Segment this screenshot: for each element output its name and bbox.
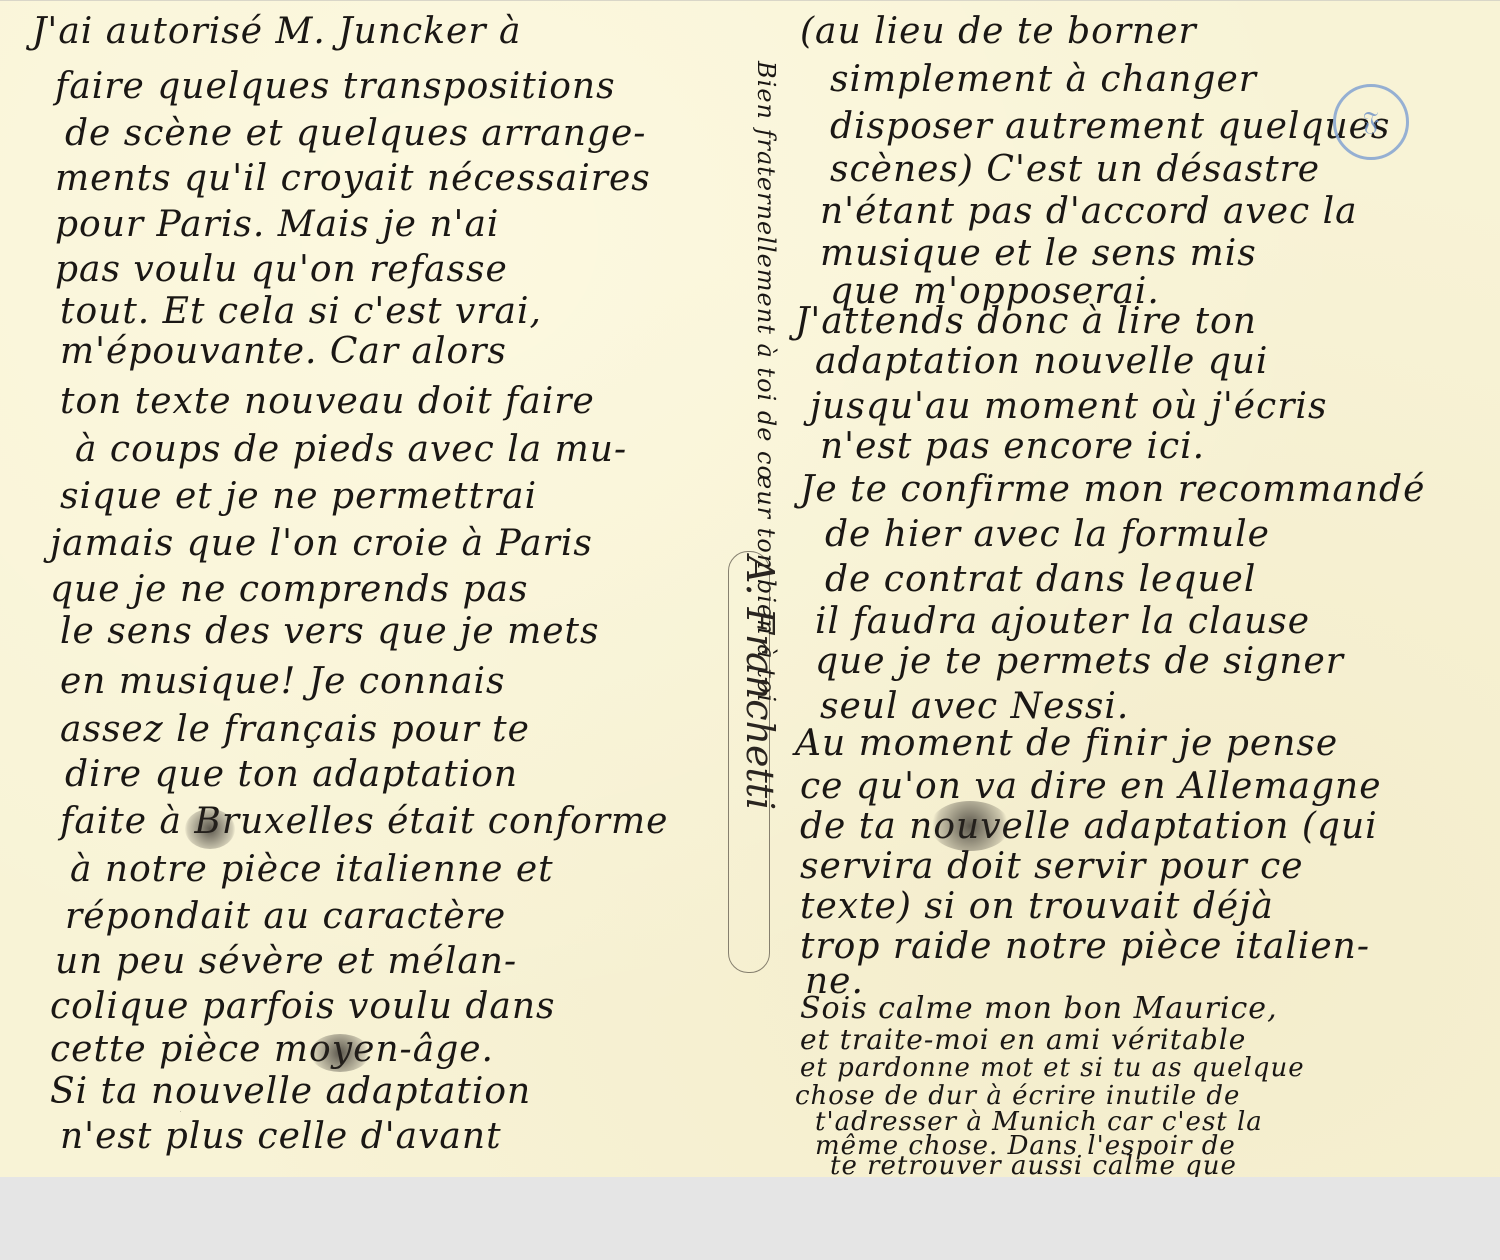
text-line: servira doit servir pour ce: [800, 846, 1304, 887]
text-line: jusqu'au moment où j'écris: [810, 386, 1327, 427]
text-line: répondait au caractère: [65, 896, 506, 937]
text-line: à notre pièce italienne et: [70, 849, 554, 890]
text-line: et pardonne mot et si tu as quelque: [800, 1053, 1305, 1083]
text-line: Je te confirme mon recommandé: [800, 469, 1425, 510]
text-line: simplement à changer: [830, 59, 1257, 100]
text-line: de hier avec la formule: [825, 514, 1270, 555]
text-line: Sois calme mon bon Maurice,: [800, 991, 1278, 1026]
signature: A. Franchetti: [738, 556, 782, 810]
text-line: tout. Et cela si c'est vrai,: [60, 291, 542, 332]
text-line: Si ta nouvelle adaptation: [50, 1071, 531, 1112]
text-line: n'est plus celle d'avant: [60, 1116, 502, 1157]
text-line: ton texte nouveau doit faire: [60, 381, 595, 422]
text-line: disposer autrement quelques: [830, 106, 1390, 147]
text-line: ments qu'il croyait nécessaires: [55, 158, 651, 199]
text-line: le sens des vers que je mets: [60, 611, 599, 652]
text-line: adaptation nouvelle qui: [815, 341, 1268, 382]
text-line: en musique! Je connais: [60, 661, 506, 702]
text-line: trop raide notre pièce italien-: [800, 926, 1370, 967]
text-line: à coups de pieds avec la mu-: [75, 429, 627, 470]
text-line: scènes) C'est un désastre: [830, 149, 1320, 190]
text-line: n'étant pas d'accord avec la: [820, 191, 1358, 232]
text-line: que je ne comprends pas: [50, 569, 528, 610]
text-line: m'épouvante. Car alors: [60, 331, 507, 372]
text-line: assez le français pour te: [60, 709, 530, 750]
text-line: et traite-moi en ami véritable: [800, 1023, 1246, 1056]
ink-smudge: [180, 1111, 181, 1112]
text-line: Au moment de finir je pense: [795, 723, 1338, 764]
text-line: pas voulu qu'on refasse: [55, 249, 508, 290]
text-line: pour Paris. Mais je n'ai: [55, 204, 499, 245]
ink-smudge: [930, 801, 1010, 851]
text-line: ce qu'on va dire en Allemagne: [800, 766, 1382, 807]
text-line: de contrat dans lequel: [825, 559, 1256, 600]
ink-smudge: [185, 809, 235, 849]
text-line: cette pièce moyen-âge.: [50, 1029, 494, 1070]
text-line: de ta nouvelle adaptation (qui: [800, 806, 1378, 847]
text-line: faire quelques transpositions: [55, 66, 616, 107]
text-line: colique parfois voulu dans: [50, 986, 556, 1027]
text-line: jamais que l'on croie à Paris: [50, 523, 593, 564]
text-line: sique et je ne permettrai: [60, 476, 537, 517]
right-page: (au lieu de te borner simplement à chang…: [790, 1, 1500, 1178]
scan-footer-margin: [0, 1177, 1500, 1260]
library-stamp-icon: 𝔉: [1333, 84, 1409, 160]
text-line: faite à Bruxelles était conforme: [60, 801, 668, 842]
text-line: il faudra ajouter la clause: [815, 601, 1310, 642]
text-line: texte) si on trouvait déjà: [800, 886, 1274, 927]
text-line: que je te permets de signer: [815, 641, 1344, 682]
text-line: J'attends donc à lire ton: [795, 301, 1257, 342]
text-line: dire que ton adaptation: [65, 754, 518, 795]
text-line: de scène et quelques arrange-: [65, 113, 646, 154]
text-line: J'ai autorisé M. Juncker à: [32, 11, 521, 52]
left-page: J'ai autorisé M. Juncker à faire quelque…: [0, 1, 740, 1178]
text-line: musique et le sens mis: [820, 233, 1257, 274]
ink-smudge: [310, 1034, 370, 1072]
text-line: (au lieu de te borner: [800, 11, 1197, 52]
text-line: un peu sévère et mélan-: [55, 941, 517, 982]
text-line: n'est pas encore ici.: [820, 426, 1205, 467]
letter-paper: J'ai autorisé M. Juncker à faire quelque…: [0, 0, 1500, 1178]
text-line: seul avec Nessi.: [820, 686, 1129, 727]
